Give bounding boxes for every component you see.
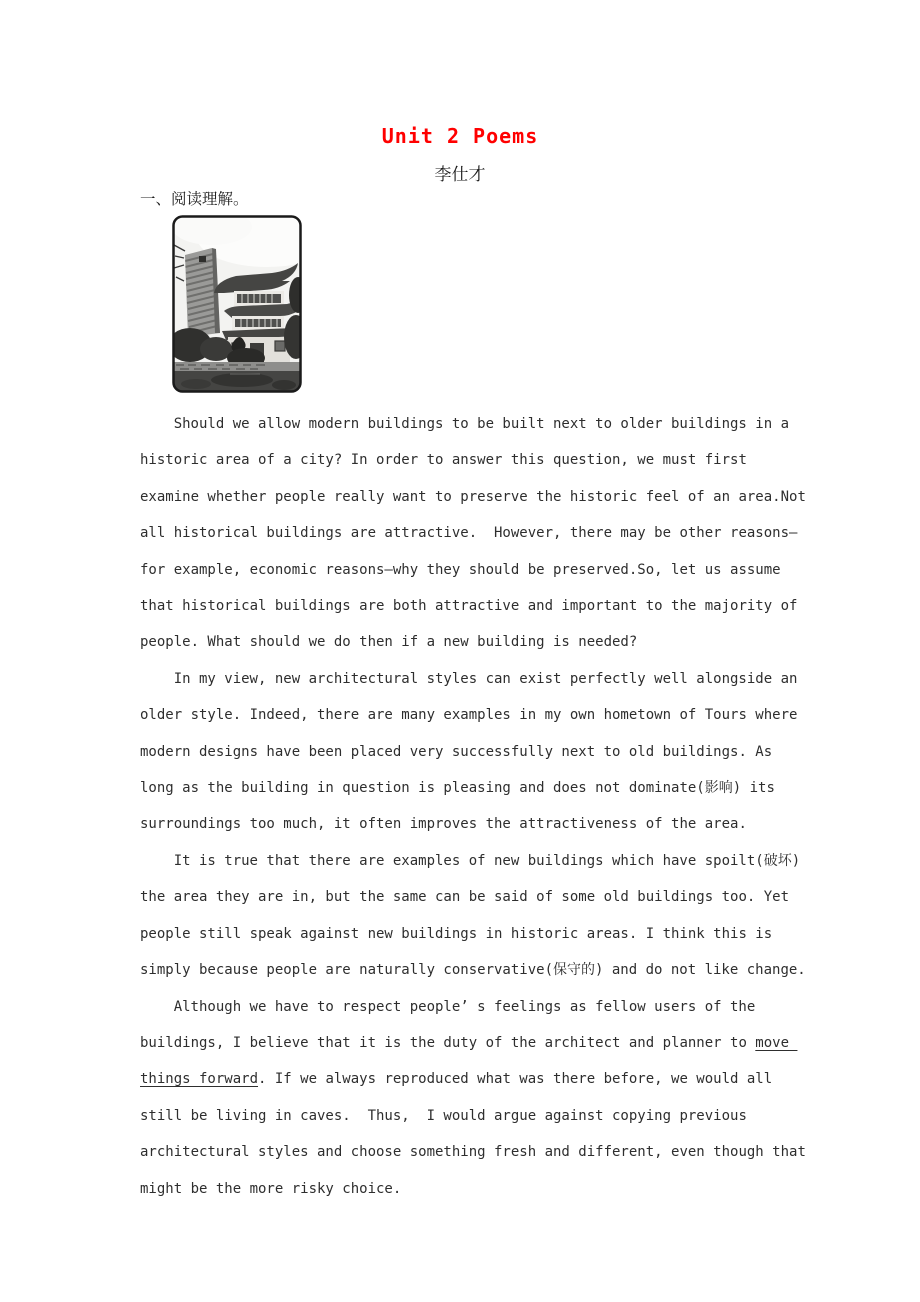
- passage-paragraph-3: It is true that there are examples of ne…: [140, 843, 808, 989]
- passage-text-before-underline: Although we have to respect people’ s fe…: [140, 999, 764, 1051]
- passage-text-after-underline: . If we always reproduced what was there…: [140, 1071, 814, 1196]
- author-byline: 李仕才: [0, 160, 920, 185]
- article-photo: [172, 215, 302, 393]
- passage-paragraph-1: Should we allow modern buildings to be b…: [140, 406, 808, 661]
- document-title: Unit 2 Poems: [0, 124, 920, 148]
- passage-paragraph-2: In my view, new architectural styles can…: [140, 661, 808, 843]
- pavilion-photo-illustration: [172, 215, 302, 393]
- reading-passage: Should we allow modern buildings to be b…: [140, 406, 808, 1207]
- section-heading: 一、阅读理解。: [140, 187, 249, 209]
- document-page: Unit 2 Poems 李仕才 一、阅读理解。: [0, 0, 920, 1302]
- passage-paragraph-4: Although we have to respect people’ s fe…: [140, 989, 808, 1207]
